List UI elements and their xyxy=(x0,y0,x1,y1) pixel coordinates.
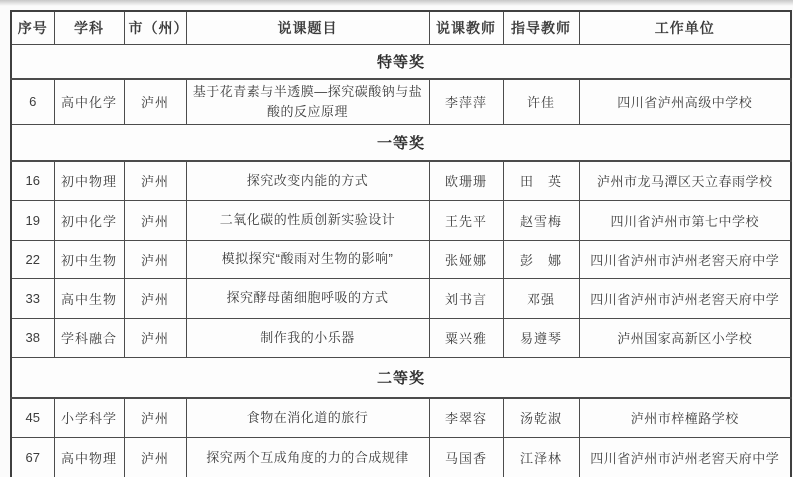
section-row-first-prize: 一等奖 xyxy=(11,124,791,161)
column-header-advisor: 指导教师 xyxy=(503,11,579,44)
cell-city: 泸州 xyxy=(124,200,186,240)
cell-unit: 四川省泸州市泸州老窖天府中学 xyxy=(579,240,791,278)
cell-no: 6 xyxy=(11,79,54,124)
section-title: 特等奖 xyxy=(11,44,791,79)
cell-unit: 泸州国家高新区小学校 xyxy=(579,318,791,357)
cell-advisor: 邓强 xyxy=(503,278,579,318)
awards-table: 序号 学科 市（州） 说课题目 说课教师 指导教师 工作单位 特等奖 6 高中化… xyxy=(10,10,792,477)
column-header-unit: 工作单位 xyxy=(579,11,791,44)
cell-unit: 四川省泸州市泸州老窖天府中学 xyxy=(579,437,791,477)
page-top-edge xyxy=(0,0,793,6)
table-row: 16 初中物理 泸州 探究改变内能的方式 欧珊珊 田 英 泸州市龙马潭区天立春雨… xyxy=(11,161,791,200)
cell-city: 泸州 xyxy=(124,79,186,124)
cell-teacher: 粟兴雅 xyxy=(429,318,503,357)
table-row: 22 初中生物 泸州 模拟探究“酸雨对生物的影响” 张娅娜 彭 娜 四川省泸州市… xyxy=(11,240,791,278)
cell-unit: 四川省泸州市泸州老窖天府中学 xyxy=(579,278,791,318)
cell-city: 泸州 xyxy=(124,318,186,357)
section-title: 一等奖 xyxy=(11,124,791,161)
cell-city: 泸州 xyxy=(124,161,186,200)
cell-subject: 初中物理 xyxy=(54,161,124,200)
cell-teacher: 欧珊珊 xyxy=(429,161,503,200)
cell-topic: 模拟探究“酸雨对生物的影响” xyxy=(186,240,429,278)
section-title: 二等奖 xyxy=(11,357,791,398)
cell-subject: 学科融合 xyxy=(54,318,124,357)
cell-unit: 四川省泸州高级中学校 xyxy=(579,79,791,124)
cell-advisor: 许佳 xyxy=(503,79,579,124)
cell-teacher: 张娅娜 xyxy=(429,240,503,278)
cell-teacher: 王先平 xyxy=(429,200,503,240)
cell-subject: 高中生物 xyxy=(54,278,124,318)
cell-unit: 四川省泸州市第七中学校 xyxy=(579,200,791,240)
cell-no: 45 xyxy=(11,398,54,437)
cell-teacher: 马国香 xyxy=(429,437,503,477)
table-header-row: 序号 学科 市（州） 说课题目 说课教师 指导教师 工作单位 xyxy=(11,11,791,44)
cell-advisor: 汤乾淑 xyxy=(503,398,579,437)
cell-no: 67 xyxy=(11,437,54,477)
column-header-teacher: 说课教师 xyxy=(429,11,503,44)
column-header-subject: 学科 xyxy=(54,11,124,44)
cell-advisor: 赵雪梅 xyxy=(503,200,579,240)
cell-no: 33 xyxy=(11,278,54,318)
column-header-city: 市（州） xyxy=(124,11,186,44)
cell-advisor: 田 英 xyxy=(503,161,579,200)
table-row: 38 学科融合 泸州 制作我的小乐器 粟兴雅 易遵琴 泸州国家高新区小学校 xyxy=(11,318,791,357)
cell-teacher: 李翠容 xyxy=(429,398,503,437)
cell-teacher: 刘书言 xyxy=(429,278,503,318)
cell-unit: 泸州市龙马潭区天立春雨学校 xyxy=(579,161,791,200)
cell-advisor: 易遵琴 xyxy=(503,318,579,357)
cell-city: 泸州 xyxy=(124,398,186,437)
table-row: 67 高中物理 泸州 探究两个互成角度的力的合成规律 马国香 江泽林 四川省泸州… xyxy=(11,437,791,477)
cell-no: 16 xyxy=(11,161,54,200)
cell-topic: 探究两个互成角度的力的合成规律 xyxy=(186,437,429,477)
cell-no: 19 xyxy=(11,200,54,240)
table-row: 6 高中化学 泸州 基于花青素与半透膜—探究碳酸钠与盐酸的反应原理 李萍萍 许佳… xyxy=(11,79,791,124)
column-header-no: 序号 xyxy=(11,11,54,44)
cell-unit: 泸州市梓橦路学校 xyxy=(579,398,791,437)
table-row: 33 高中生物 泸州 探究酵母菌细胞呼吸的方式 刘书言 邓强 四川省泸州市泸州老… xyxy=(11,278,791,318)
cell-no: 22 xyxy=(11,240,54,278)
cell-topic: 制作我的小乐器 xyxy=(186,318,429,357)
cell-topic: 二氧化碳的性质创新实验设计 xyxy=(186,200,429,240)
cell-advisor: 彭 娜 xyxy=(503,240,579,278)
cell-city: 泸州 xyxy=(124,278,186,318)
cell-no: 38 xyxy=(11,318,54,357)
cell-topic: 基于花青素与半透膜—探究碳酸钠与盐酸的反应原理 xyxy=(186,79,429,124)
cell-subject: 初中生物 xyxy=(54,240,124,278)
section-row-second-prize: 二等奖 xyxy=(11,357,791,398)
column-header-topic: 说课题目 xyxy=(186,11,429,44)
section-row-special-prize: 特等奖 xyxy=(11,44,791,79)
cell-city: 泸州 xyxy=(124,240,186,278)
cell-subject: 初中化学 xyxy=(54,200,124,240)
cell-advisor: 江泽林 xyxy=(503,437,579,477)
cell-subject: 小学科学 xyxy=(54,398,124,437)
cell-teacher: 李萍萍 xyxy=(429,79,503,124)
cell-topic: 探究酵母菌细胞呼吸的方式 xyxy=(186,278,429,318)
table-row: 45 小学科学 泸州 食物在消化道的旅行 李翠容 汤乾淑 泸州市梓橦路学校 xyxy=(11,398,791,437)
table-row: 19 初中化学 泸州 二氧化碳的性质创新实验设计 王先平 赵雪梅 四川省泸州市第… xyxy=(11,200,791,240)
cell-topic: 食物在消化道的旅行 xyxy=(186,398,429,437)
cell-subject: 高中化学 xyxy=(54,79,124,124)
cell-subject: 高中物理 xyxy=(54,437,124,477)
cell-city: 泸州 xyxy=(124,437,186,477)
cell-topic: 探究改变内能的方式 xyxy=(186,161,429,200)
